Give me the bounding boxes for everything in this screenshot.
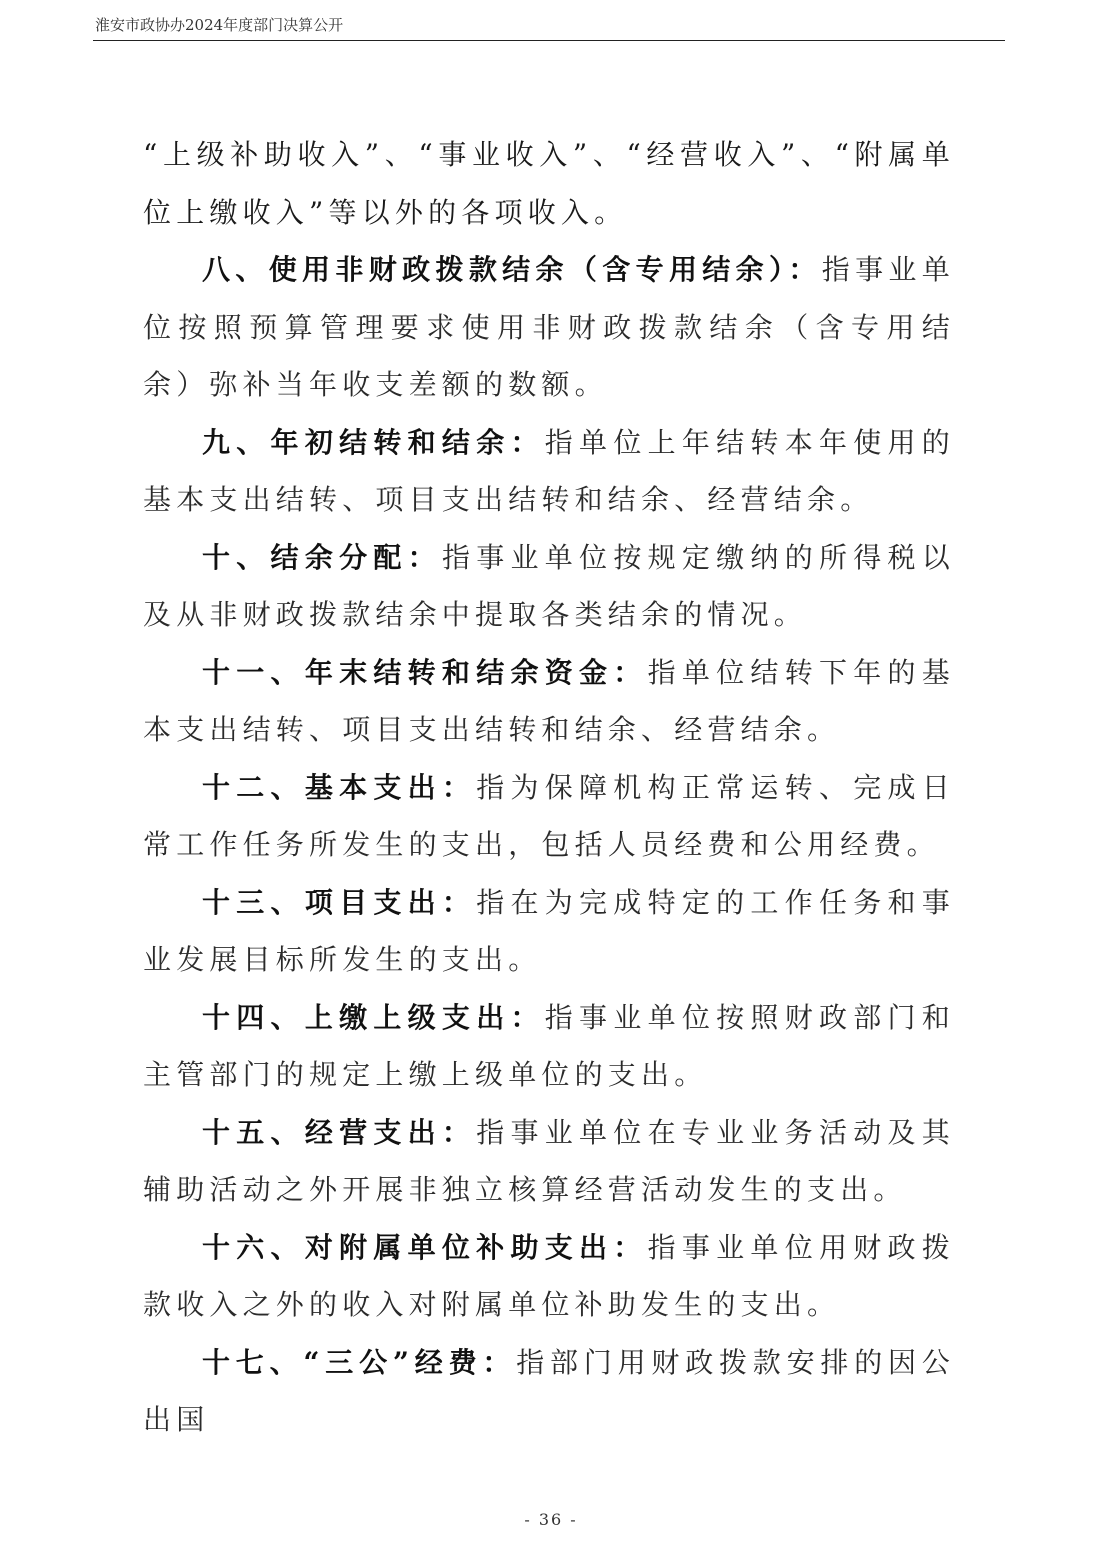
definition-term: 九、年初结转和结余： (202, 426, 545, 459)
definition-term: 十四、上缴上级支出： (202, 1001, 545, 1034)
definition-term: 十二、基本支出： (202, 771, 476, 804)
definition-term: 八、使用非财政拨款结余（含专用结余）： (202, 253, 822, 286)
definition-13: 十三、项目支出：指在为完成特定的工作任务和事业发展目标所发生的支出。 (143, 874, 955, 989)
header-title: 淮安市政协办2024年度部门决算公开 (95, 14, 343, 35)
definition-15: 十五、经营支出：指事业单位在专业业务活动及其辅助活动之外开展非独立核算经营活动发… (143, 1104, 955, 1219)
intro-continuation: “上级补助收入”、“事业收入”、“经营收入”、“附属单位上缴收入”等以外的各项收… (143, 126, 955, 241)
definition-term: 十七、“三公”经费： (202, 1346, 516, 1379)
definition-11: 十一、年末结转和结余资金：指单位结转下年的基本支出结转、项目支出结转和结余、经营… (143, 644, 955, 759)
definition-term: 十六、对附属单位补助支出： (202, 1231, 648, 1264)
definition-17: 十七、“三公”经费：指部门用财政拨款安排的因公出国 (143, 1334, 955, 1449)
page-header: 淮安市政协办2024年度部门决算公开 (93, 14, 1005, 41)
definition-10: 十、结余分配：指事业单位按规定缴纳的所得税以及从非财政拨款结余中提取各类结余的情… (143, 529, 955, 644)
definition-12: 十二、基本支出：指为保障机构正常运转、完成日常工作任务所发生的支出，包括人员经费… (143, 759, 955, 874)
definition-8: 八、使用非财政拨款结余（含专用结余）：指事业单位按照预算管理要求使用非财政拨款结… (143, 241, 955, 414)
page-number: - 36 - (0, 1510, 1102, 1529)
definition-term: 十五、经营支出： (202, 1116, 476, 1149)
definition-term: 十、结余分配： (202, 541, 442, 574)
document-body: “上级补助收入”、“事业收入”、“经营收入”、“附属单位上缴收入”等以外的各项收… (143, 126, 955, 1449)
definition-term: 十一、年末结转和结余资金： (202, 656, 648, 689)
definition-9: 九、年初结转和结余：指单位上年结转本年使用的基本支出结转、项目支出结转和结余、经… (143, 414, 955, 529)
definition-16: 十六、对附属单位补助支出：指事业单位用财政拨款收入之外的收入对附属单位补助发生的… (143, 1219, 955, 1334)
definition-14: 十四、上缴上级支出：指事业单位按照财政部门和主管部门的规定上缴上级单位的支出。 (143, 989, 955, 1104)
definition-term: 十三、项目支出： (202, 886, 476, 919)
